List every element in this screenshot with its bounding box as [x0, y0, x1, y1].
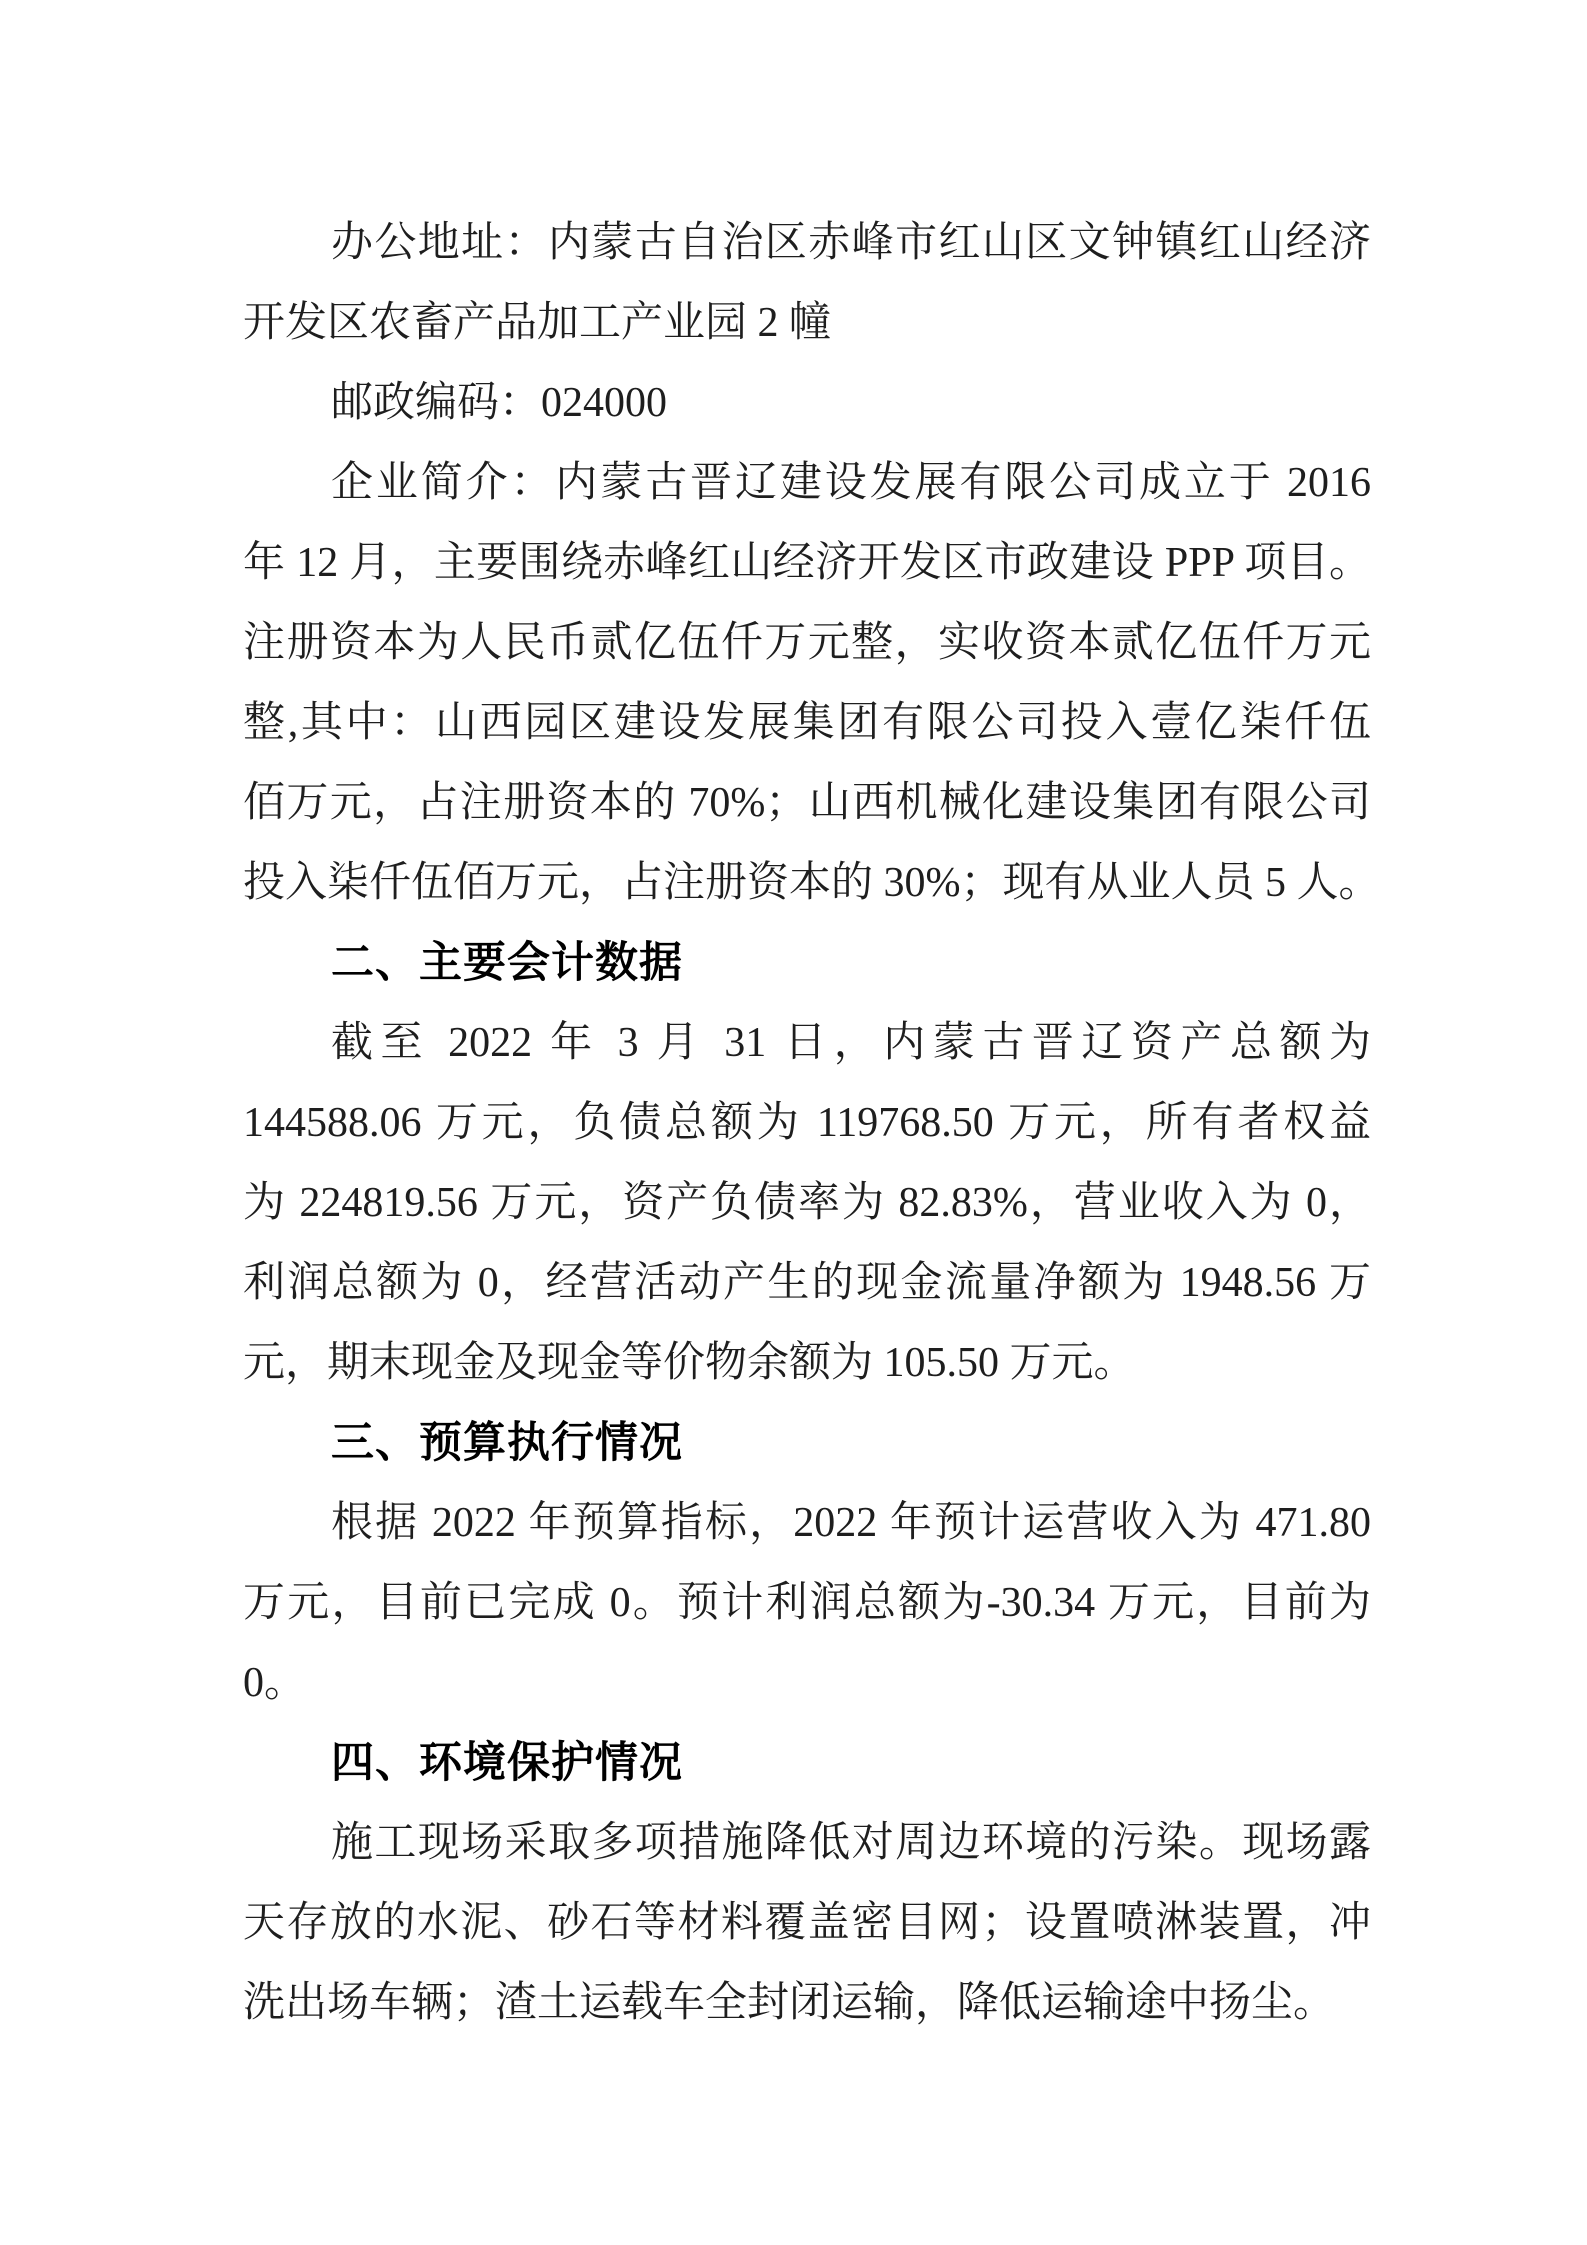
text-line: 年 12 月，主要围绕赤峰红山经济开发区市政建设 PPP 项目。: [243, 523, 1371, 603]
text-line: 天存放的水泥、砂石等材料覆盖密目网；设置喷淋装置，冲: [243, 1883, 1371, 1963]
document-page: 办公地址：内蒙古自治区赤峰市红山区文钟镇红山经济 开发区农畜产品加工产业园 2 …: [0, 0, 1587, 2245]
text-line: 投入柒仟伍佰万元，占注册资本的 30%；现有从业人员 5 人。: [243, 843, 1371, 923]
text-line: 施工现场采取多项措施降低对周边环境的污染。现场露: [243, 1803, 1371, 1883]
paragraph-postal-code: 邮政编码：024000: [243, 363, 1371, 443]
text-line: 元，期末现金及现金等价物余额为 105.50 万元。: [243, 1323, 1371, 1403]
text-line: 为 224819.56 万元，资产负债率为 82.83%，营业收入为 0，: [243, 1163, 1371, 1243]
paragraph-company-profile: 企业简介：内蒙古晋辽建设发展有限公司成立于 2016 年 12 月，主要围绕赤峰…: [243, 443, 1371, 923]
text-line: 144588.06 万元，负债总额为 119768.50 万元，所有者权益: [243, 1083, 1371, 1163]
text-line: 佰万元，占注册资本的 70%；山西机械化建设集团有限公司: [243, 763, 1371, 843]
section-heading-environmental-protection: 四、环境保护情况: [243, 1723, 1371, 1803]
text-line: 整,其中：山西园区建设发展集团有限公司投入壹亿柒仟伍: [243, 683, 1371, 763]
text-line: 截至 2022 年 3 月 31 日，内蒙古晋辽资产总额为: [243, 1003, 1371, 1083]
text-line: 0。: [243, 1643, 1371, 1723]
text-line: 注册资本为人民币贰亿伍仟万元整，实收资本贰亿伍仟万元: [243, 603, 1371, 683]
paragraph-accounting-figures: 截至 2022 年 3 月 31 日，内蒙古晋辽资产总额为 144588.06 …: [243, 1003, 1371, 1403]
section-heading-accounting-data: 二、主要会计数据: [243, 923, 1371, 1003]
paragraph-office-address: 办公地址：内蒙古自治区赤峰市红山区文钟镇红山经济 开发区农畜产品加工产业园 2 …: [243, 203, 1371, 363]
text-line: 万元，目前已完成 0。预计利润总额为-30.34 万元，目前为: [243, 1563, 1371, 1643]
section-heading-budget-execution: 三、预算执行情况: [243, 1403, 1371, 1483]
text-line: 办公地址：内蒙古自治区赤峰市红山区文钟镇红山经济: [243, 203, 1371, 283]
text-line: 企业简介：内蒙古晋辽建设发展有限公司成立于 2016: [243, 443, 1371, 523]
text-line: 利润总额为 0，经营活动产生的现金流量净额为 1948.56 万: [243, 1243, 1371, 1323]
paragraph-budget-figures: 根据 2022 年预算指标，2022 年预计运营收入为 471.80 万元，目前…: [243, 1483, 1371, 1723]
paragraph-environmental-measures: 施工现场采取多项措施降低对周边环境的污染。现场露 天存放的水泥、砂石等材料覆盖密…: [243, 1803, 1371, 2043]
document-body: 办公地址：内蒙古自治区赤峰市红山区文钟镇红山经济 开发区农畜产品加工产业园 2 …: [243, 203, 1371, 2043]
text-line: 根据 2022 年预算指标，2022 年预计运营收入为 471.80: [243, 1483, 1371, 1563]
text-line: 邮政编码：024000: [243, 363, 1371, 443]
text-line: 开发区农畜产品加工产业园 2 幢: [243, 283, 1371, 363]
text-line: 洗出场车辆；渣土运载车全封闭运输，降低运输途中扬尘。: [243, 1963, 1371, 2043]
